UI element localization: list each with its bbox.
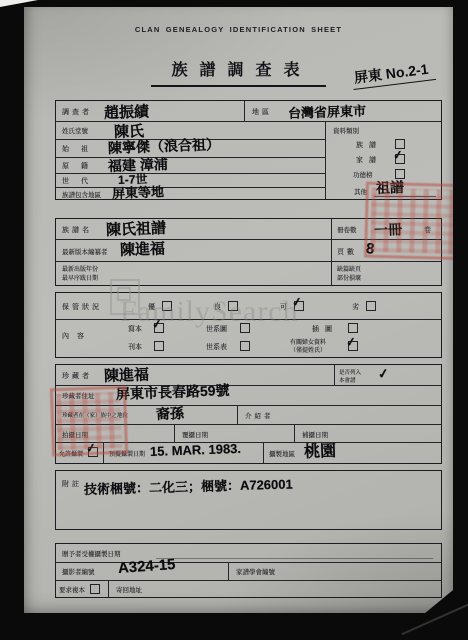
photographer-no-value: A324-15 bbox=[117, 556, 176, 577]
film-area-value: 桃園 bbox=[304, 438, 337, 462]
category-header: 資料類別 bbox=[333, 126, 359, 135]
divider bbox=[56, 173, 325, 174]
divider bbox=[56, 157, 325, 158]
pages-label: 頁數 bbox=[337, 247, 357, 257]
holder-label: 珍藏者 bbox=[62, 371, 92, 381]
divider bbox=[244, 101, 245, 121]
region-label: 地區 bbox=[252, 107, 272, 117]
surname-label: 姓氏堂號 bbox=[62, 126, 88, 135]
notes-label: 附註 bbox=[62, 479, 82, 489]
mailing-address-label: 寄回地址 bbox=[116, 585, 142, 594]
checkbox-lineage-table bbox=[240, 341, 250, 351]
condition-poor-label: 劣 bbox=[352, 302, 359, 312]
divider bbox=[334, 365, 335, 385]
editor-label: 最新版本編纂者 bbox=[62, 247, 108, 256]
planned-date-value: 15. MAR. 1983. bbox=[150, 441, 242, 459]
document-page: CLAN GENEALOGY IDENTIFICATION SHEET 族譜調查… bbox=[24, 7, 453, 613]
checkmark-women-data: ✓ bbox=[345, 334, 357, 349]
introducer-label: 介紹者 bbox=[245, 411, 274, 420]
refilm-date-label: 覆攝日期 bbox=[182, 430, 208, 439]
divider bbox=[56, 261, 441, 262]
holder-position-value: 裔孫 bbox=[156, 403, 185, 424]
checkbox-copy-request bbox=[90, 584, 100, 594]
divider bbox=[56, 562, 441, 563]
document-header: CLAN GENEALOGY IDENTIFICATION SHEET bbox=[24, 25, 453, 34]
red-seal-stamp-right bbox=[364, 182, 453, 261]
society-no-label: 家譜學會編號 bbox=[236, 567, 275, 576]
watermark-text: FamilySearch bbox=[120, 295, 299, 329]
category-family-label: 家譜 bbox=[356, 155, 382, 165]
form-title: 族譜調查表 bbox=[151, 57, 325, 87]
founder-label: 始祖 bbox=[62, 144, 100, 154]
checkmark-listed: ✓ bbox=[377, 365, 390, 382]
damage-label: 部份損壞 bbox=[337, 273, 361, 282]
coverage-label: 族譜包含地區 bbox=[62, 190, 101, 199]
book-title-label: 族譜名 bbox=[62, 225, 92, 235]
scan-corner-artifact bbox=[0, 0, 38, 7]
red-seal-stamp-left bbox=[50, 386, 128, 457]
generation-label: 世代 bbox=[62, 176, 100, 186]
scan-canvas: CLAN GENEALOGY IDENTIFICATION SHEET 族譜調查… bbox=[0, 0, 468, 640]
checkbox-poor bbox=[366, 301, 376, 311]
section-admin: 贈予者受權攝製日期 攝影者編號 A324-15 家譜學會編號 要求複本 寄回地址 bbox=[55, 543, 442, 598]
content-label: 內容 bbox=[62, 331, 92, 341]
blank-rule bbox=[156, 558, 433, 559]
region-value: 台灣省屏東市 bbox=[288, 100, 367, 122]
preface-date-label: 最早序跋日期 bbox=[62, 273, 98, 282]
divider bbox=[108, 580, 109, 597]
divider bbox=[56, 580, 441, 581]
checkbox-printed bbox=[154, 341, 164, 351]
listed-label-line2: 本會譜 bbox=[339, 376, 356, 384]
illustration-label: 插圖 bbox=[312, 324, 338, 334]
lineage-table-label: 世系表 bbox=[206, 342, 227, 352]
checkbox-illustration bbox=[348, 323, 358, 333]
category-clan-label: 族譜 bbox=[356, 140, 382, 150]
editor-value: 陳進福 bbox=[120, 237, 166, 260]
women-data-sublabel: （僅提姓氏） bbox=[290, 345, 326, 354]
surveyor-label: 調查者 bbox=[62, 107, 92, 117]
copy-request-label: 要求複本 bbox=[59, 585, 85, 594]
divider bbox=[263, 442, 264, 463]
pub-year-label: 最新出版年份 bbox=[62, 264, 98, 273]
divider bbox=[331, 219, 332, 285]
section-notes: 附註 技術梱號：二化三；梱號：A726001 bbox=[55, 470, 442, 530]
divider bbox=[56, 187, 325, 188]
origin-label: 原籍 bbox=[62, 161, 100, 171]
missing-pages-label: 缺篇缺頁 bbox=[337, 264, 361, 273]
checkmark-family: ✓ bbox=[392, 147, 404, 162]
book-title-value: 陳氏祖譜 bbox=[106, 217, 167, 240]
condition-label: 保管狀況 bbox=[62, 302, 102, 312]
category-merit-label: 功德榜 bbox=[353, 170, 373, 179]
holder-address-value: 屏東市長春路59號 bbox=[116, 380, 230, 404]
printed-label: 刊本 bbox=[128, 342, 142, 352]
notes-value: 技術梱號：二化三；梱號：A726001 bbox=[84, 474, 293, 498]
volumes-label: 冊卷數 bbox=[337, 225, 357, 234]
listed-label-line1: 是否列入 bbox=[339, 368, 361, 376]
divider bbox=[174, 424, 175, 442]
divider bbox=[325, 121, 326, 199]
grant-date-label: 贈予者受權攝製日期 bbox=[62, 549, 121, 558]
photographer-no-label: 攝影者編號 bbox=[62, 567, 95, 576]
divider bbox=[237, 405, 238, 424]
coverage-value: 屏東等地 bbox=[112, 181, 165, 202]
divider bbox=[228, 562, 229, 580]
film-area-label: 攝製地區 bbox=[269, 449, 295, 458]
divider bbox=[294, 424, 295, 442]
